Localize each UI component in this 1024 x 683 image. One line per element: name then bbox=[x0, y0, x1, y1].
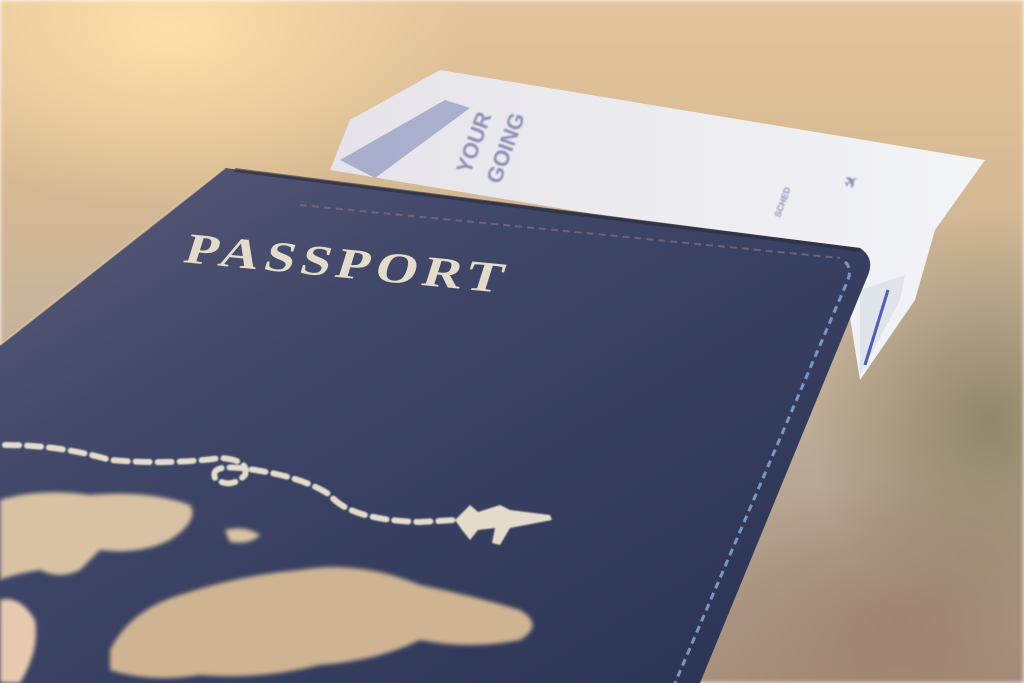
photo-scene: YOUR GOING SCHED ✈ PASSPORT bbox=[0, 0, 1024, 683]
passport-illustration: YOUR GOING SCHED ✈ PASSPORT bbox=[0, 0, 1024, 683]
passport-cover: PASSPORT bbox=[0, 168, 870, 683]
